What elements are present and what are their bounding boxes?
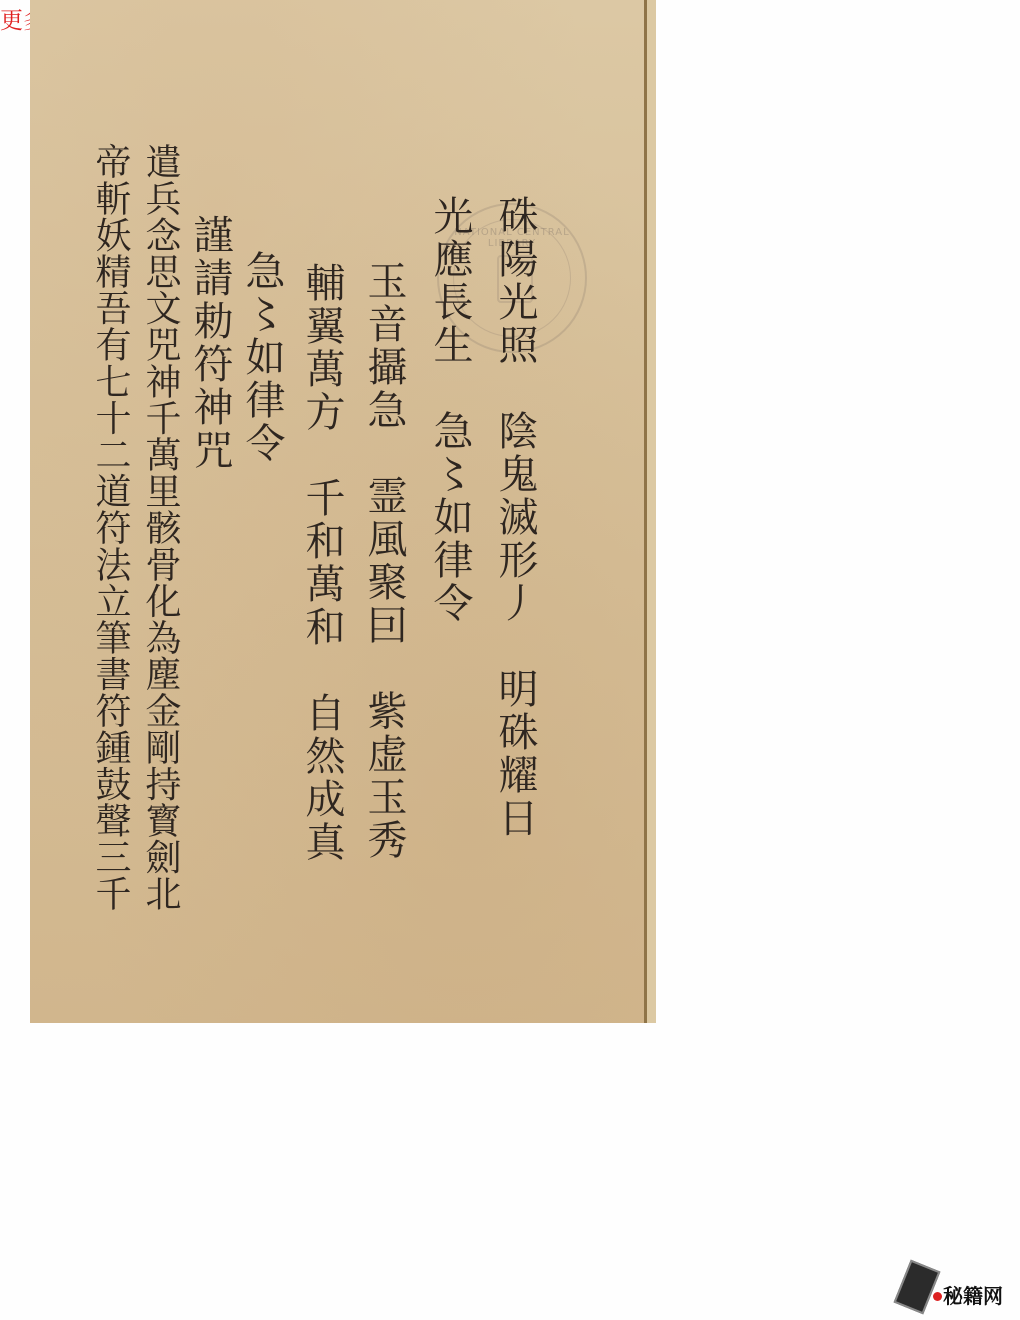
text-column-8: 帝斬妖精吾有七十二道符法立筆書符鍾鼓聲三千 — [92, 143, 128, 912]
red-seal-icon — [933, 1292, 942, 1301]
site-logo: 秘籍网 — [893, 1262, 1015, 1312]
text-column-3: 玉音攝急 霊風聚囙 紫虚玉秀 — [364, 260, 404, 862]
text-column-5: 急〻如律令 — [242, 250, 282, 465]
text-column-2: 光應長生 急〻如律令 — [430, 195, 470, 625]
logo-text: 秘籍网 — [943, 1280, 1003, 1309]
book-icon — [894, 1260, 941, 1315]
text-column-7: 遣兵念思文兕神千萬里骸骨化為塵金剛持寳劍北 — [142, 143, 178, 912]
page-margin-strip — [647, 0, 656, 1023]
text-column-1: 硃陽光照 陰鬼滅形丿 明硃耀日 — [495, 195, 535, 840]
text-column-6: 謹請勅符神咒 — [190, 214, 230, 472]
scanned-book-page: NATIONAL CENTRAL LIBRARY 硃陽光照 陰鬼滅形丿 明硃耀日… — [30, 0, 656, 1023]
text-column-4: 輔翼萬方 千和萬和 自然成真 — [302, 262, 342, 864]
